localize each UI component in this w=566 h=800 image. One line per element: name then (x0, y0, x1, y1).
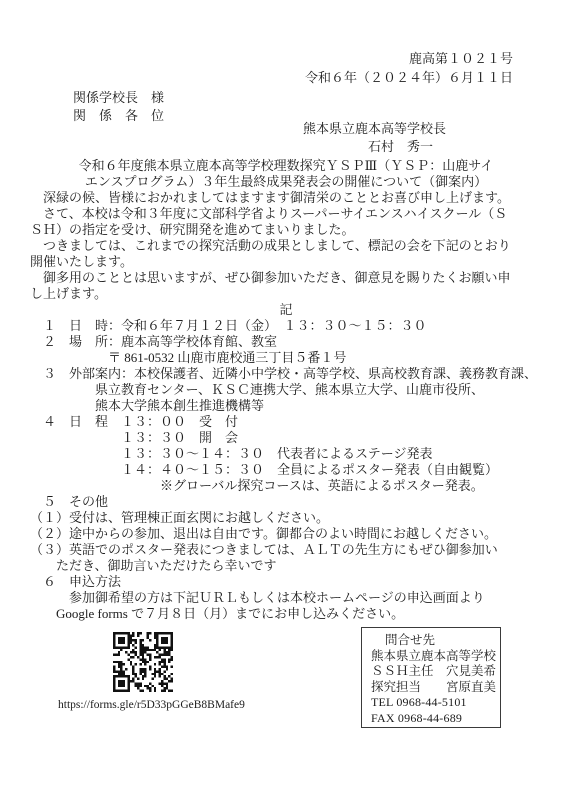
item-line-note-2: （２）途中からの参加、退出は自由です。御都合のよい時間にお越しください。 (30, 526, 542, 542)
letter-title-line-1: 令和６年度熊本県立鹿本高等学校理数探究ＹＳＰⅢ（ＹＳＰ：山鹿サイ (30, 158, 542, 174)
item-line-place: ２ 場 所：鹿本高等学校体育館、教室 (30, 334, 542, 350)
letter-content: 令和６年度熊本県立鹿本高等学校理数探究ＹＳＰⅢ（ＹＳＰ：山鹿サイ エンスプログラ… (30, 158, 542, 622)
body-line: 開催いたします。 (30, 254, 542, 270)
item-line-date: １ 日 時：令和６年７月１２日（金） １３：３０～１５：３０ (30, 318, 542, 334)
body-line: つきましては、これまでの探究活動の成果としまして、標記の会を下記のとおり (30, 238, 542, 254)
body-line: ＳＨ）の指定を受け、研究開発を進めてまいりました。 (30, 222, 542, 238)
item-line-schedule-3: １３：３０～１４：３０ 代表者によるステージ発表 (30, 446, 542, 462)
item-line-note-1: （１）受付は、管理棟正面玄関にお越しください。 (30, 510, 542, 526)
item-line-apply-2: 参加御希望の方は下記ＵＲＬもしくは本校ホームページの申込画面より (30, 590, 542, 606)
contact-ssh-chief: ＳＳＨ主任 穴見美希 (371, 664, 500, 680)
item-line-address: 〒 861-0532 山鹿市鹿校通三丁目５番１号 (30, 350, 542, 366)
body-line: し上げます。 (30, 286, 542, 302)
item-line-apply-3: Google forms で７月８日（月）までにお申し込みください。 (30, 606, 542, 622)
contact-tel: TEL 0968-44-5101 (371, 695, 500, 711)
contact-fax: FAX 0968-44-689 (371, 711, 500, 727)
record-marker: 記 (30, 302, 542, 318)
item-line-others: ５ その他 (30, 494, 542, 510)
item-line-guests-2: 県立教育センター、ＫＳＣ連携大学、熊本県立大学、山鹿市役所、 (30, 382, 542, 398)
item-line-guests-3: 熊本大学熊本創生推進機構等 (30, 398, 542, 414)
item-line-note-3: （３）英語でのポスター発表につきましては、ＡＬＴの先生方にもぜひ御参加い (30, 542, 542, 558)
body-line: さて、本校は令和３年度に文部科学省よりスーパーサイエンスハイスクール（Ｓ (30, 206, 542, 222)
item-line-guests: ３ 外部案内：本校保護者、近隣小中学校・高等学校、県高校教育課、義務教育課、 (30, 366, 542, 382)
item-line-schedule-4: １４：４０～１５：３０ 全員によるポスター発表（自由観覧） (30, 462, 542, 478)
contact-inquiry-lead: 探究担当 宮原直美 (371, 680, 500, 696)
item-line-schedule-2: １３：３０ 開 会 (30, 430, 542, 446)
qr-code (113, 632, 173, 692)
issue-date: 令和６年（２０２４年）６月１１日 (305, 67, 513, 86)
sender-name: 石村 秀一 (368, 136, 433, 155)
contact-org: 熊本県立鹿本高等学校 (371, 649, 500, 665)
item-line-schedule: ４ 日 程 １３：００ 受 付 (30, 414, 542, 430)
sender-title: 熊本県立鹿本高等学校長 (303, 118, 446, 137)
item-line-note-3b: ただき、御助言いただけたら幸いです (30, 558, 542, 574)
document-page: 鹿高第１０２１号 令和６年（２０２４年）６月１１日 関係学校長 様 関 係 各 … (0, 0, 566, 800)
body-line: 御多用のこととは思いますが、ぜひ御参加いただき、御意見を賜りたくお願い申 (30, 270, 542, 286)
item-line-schedule-note: ※グローバル探究コースは、英語によるポスター発表。 (30, 478, 542, 494)
recipient-all-concerned: 関 係 各 位 (73, 105, 164, 124)
body-line: 深緑の候、皆様におかれましてはますます御清栄のこととお喜び申し上げます。 (30, 190, 542, 206)
recipient-school-principals: 関係学校長 様 (73, 87, 164, 106)
item-line-apply: ６ 申込方法 (30, 574, 542, 590)
form-url: https://forms.gle/r5D33pGGeB8BMafe9 (58, 699, 245, 711)
letter-title-line-2: エンスプログラム）３年生最終成果発表会の開催について（御案内） (30, 174, 542, 190)
contact-box: 問合せ先 熊本県立鹿本高等学校 ＳＳＨ主任 穴見美希 探究担当 宮原直美 TEL… (361, 627, 501, 728)
doc-number: 鹿高第１０２１号 (409, 48, 513, 67)
contact-heading: 問合せ先 (371, 633, 500, 649)
